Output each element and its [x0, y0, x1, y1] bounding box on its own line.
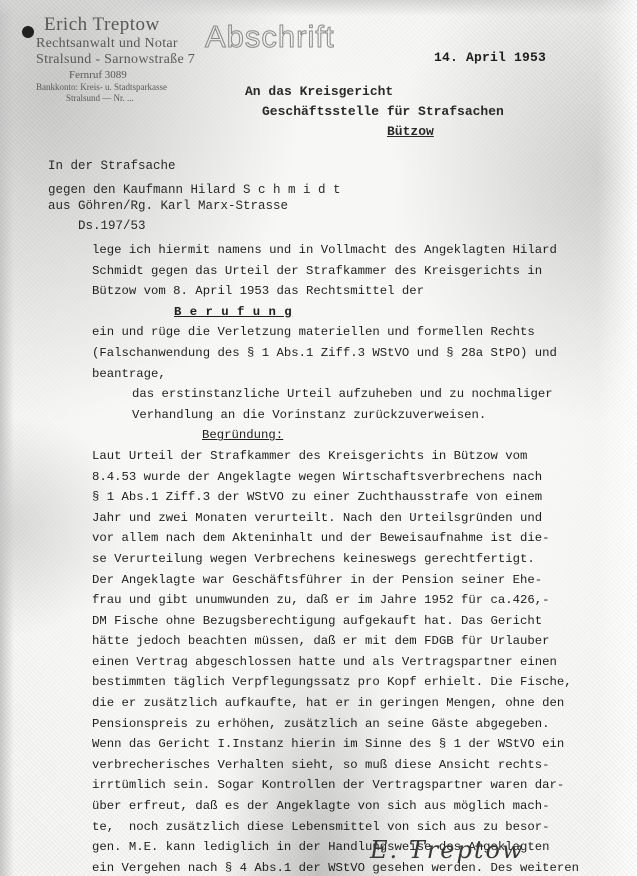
letterhead: Erich Treptow Rechtsanwalt und Notar Str… — [36, 14, 195, 104]
body-line: vor allem nach dem Akteninhalt und der B… — [92, 528, 612, 549]
body-line: DM Fische ohne Bezugsberechtigung aufgek… — [92, 611, 612, 632]
letterhead-name: Erich Treptow — [44, 14, 195, 36]
scan-shadow-left — [0, 0, 14, 876]
letterhead-title: Rechtsanwalt und Notar — [36, 36, 195, 52]
body-line: Wenn das Gericht I.Instanz hierin im Sin… — [92, 734, 612, 755]
letterhead-bank-number: Stralsund — Nr. ... — [66, 93, 195, 104]
body-line: einen Vertrag abgeschlossen hatte und al… — [92, 652, 612, 673]
body-line: Begründung: — [92, 425, 612, 446]
recipient-block: An das Kreisgericht Geschäftsstelle für … — [245, 82, 504, 142]
case-number: Ds.197/53 — [78, 218, 341, 234]
body-line: ein und rüge die Verletzung materiellen … — [92, 322, 612, 343]
case-reference: In der Strafsache gegen den Kaufmann Hil… — [48, 158, 341, 234]
letter-date: 14. April 1953 — [434, 50, 546, 65]
letterhead-bank: Bankkonto: Kreis- u. Stadtsparkasse — [36, 82, 195, 93]
body-line: frau und gibt unumwunden zu, daß er im J… — [92, 590, 612, 611]
letterhead-phone: Fernruf 3089 — [69, 68, 195, 82]
letter-body: lege ich hiermit namens und in Vollmacht… — [92, 240, 612, 876]
body-line: B e r u f u n g — [92, 302, 612, 323]
body-line: ein Vergehen nach § 4 Abs.1 der WStVO ge… — [92, 858, 612, 876]
body-line: verbrecherisches Verhalten sieht, so muß… — [92, 755, 612, 776]
body-line: gen. M.E. kann lediglich in der Handlung… — [92, 837, 612, 858]
signature: E. Treptow — [370, 836, 524, 864]
body-line: Verhandlung an die Vorinstanz zurückzuve… — [92, 405, 612, 426]
recipient-office: Geschäftsstelle für Strafsachen — [262, 102, 504, 122]
body-line: beantrage, — [92, 364, 612, 385]
body-line: Pensionspreis zu erhöhen, zusätzlich an … — [92, 714, 612, 735]
recipient-city: Bützow — [387, 122, 504, 142]
body-line: Jahr und zwei Monaten verurteilt. Nach d… — [92, 508, 612, 529]
copy-stamp: Abschrift — [205, 20, 335, 54]
body-line: § 1 Abs.1 Ziff.3 der WStVO zu einer Zuch… — [92, 487, 612, 508]
body-line: (Falschanwendung des § 1 Abs.1 Ziff.3 WS… — [92, 343, 612, 364]
body-line: se Verurteilung wegen Verbrechens keines… — [92, 549, 612, 570]
body-line: über erfreut, daß es der Angeklagte von … — [92, 796, 612, 817]
body-line: das erstinstanzliche Urteil aufzuheben u… — [92, 384, 612, 405]
body-line: die er zusätzlich aufkaufte, hat er in g… — [92, 693, 612, 714]
body-line: Laut Urteil der Strafkammer des Kreisger… — [92, 446, 612, 467]
case-defendant-address: aus Göhren/Rg. Karl Marx-Strasse — [48, 198, 341, 214]
ink-blot — [22, 26, 34, 38]
body-line: Bützow vom 8. April 1953 das Rechtsmitte… — [92, 281, 612, 302]
case-defendant: gegen den Kaufmann Hilard S c h m i d t — [48, 182, 341, 198]
body-line: irrtümlich sein. Sogar Kontrollen der Ve… — [92, 775, 612, 796]
recipient-court: An das Kreisgericht — [245, 82, 504, 102]
body-line: 8.4.53 wurde der Angeklagte wegen Wirtsc… — [92, 467, 612, 488]
body-line: lege ich hiermit namens und in Vollmacht… — [92, 240, 612, 261]
letterhead-address: Stralsund - Sarnowstraße 7 — [36, 52, 195, 68]
case-heading: In der Strafsache — [48, 158, 341, 174]
body-line: bestimmten täglich Verpflegungssatz pro … — [92, 672, 612, 693]
body-line: hätte jedoch beachten müssen, daß er mit… — [92, 631, 612, 652]
body-line: Der Angeklagte war Geschäftsführer in de… — [92, 570, 612, 591]
document-page: Erich Treptow Rechtsanwalt und Notar Str… — [0, 0, 637, 876]
body-line: te, noch zusätzlich diese Lebensmittel v… — [92, 817, 612, 838]
body-line: Schmidt gegen das Urteil der Strafkammer… — [92, 261, 612, 282]
